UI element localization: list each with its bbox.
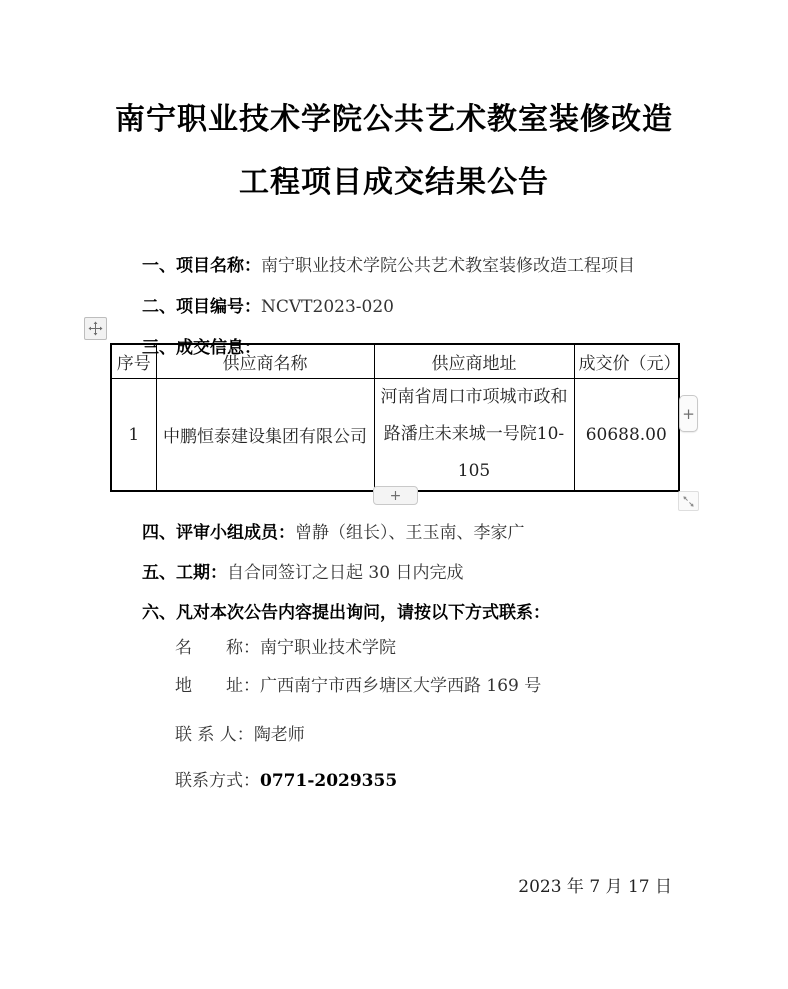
contact-person-line: 联 系 人：陶老师: [175, 723, 305, 747]
header-序号: 序号: [111, 344, 156, 379]
header-供应商名称: 供应商名称: [156, 344, 374, 379]
header-供应商地址: 供应商地址: [374, 344, 574, 379]
contact-name-value: 南宁职业技术学院: [260, 638, 396, 658]
contact-phone-label: 联系方式：: [175, 771, 260, 791]
project-number-value: NCVT2023-020: [261, 297, 394, 317]
contact-phone-value: 0771-2029355: [260, 771, 397, 791]
add-column-button[interactable]: +: [679, 395, 698, 432]
section-project-number: 二、项目编号：NCVT2023-020: [142, 295, 394, 319]
project-name-value: 南宁职业技术学院公共艺术教室装修改造工程项目: [261, 256, 635, 276]
contact-name-label: 名 称：: [175, 638, 260, 658]
resize-diagonal-icon: [682, 495, 695, 508]
header-成交价: 成交价（元）: [574, 344, 679, 379]
duration-label: 五、工期：: [142, 563, 227, 583]
document-page: 南宁职业技术学院公共艺术教室装修改造 工程项目成交结果公告 一、项目名称：南宁职…: [0, 0, 788, 989]
section-duration: 五、工期：自合同签订之日起 30 日内完成: [142, 561, 463, 585]
table-header-row: 序号 供应商名称 供应商地址 成交价（元）: [111, 344, 679, 379]
contact-address-line: 地 址：广西南宁市西乡塘区大学西路 169 号: [175, 674, 541, 698]
contact-name-line: 名 称：南宁职业技术学院: [175, 636, 396, 660]
project-number-label: 二、项目编号：: [142, 297, 261, 317]
table-resize-handle[interactable]: [678, 491, 699, 511]
contact-address-label: 地 址：: [175, 676, 260, 696]
section-inquiry: 六、凡对本次公告内容提出询问，请按以下方式联系：: [142, 601, 550, 625]
contact-person-value: 陶老师: [254, 725, 305, 745]
plus-icon: +: [390, 488, 402, 504]
review-panel-value: 曾静（组长）、王玉南、李家广: [295, 523, 525, 543]
cell-deal-price: 60688.00: [574, 379, 679, 492]
move-arrows-icon: [88, 321, 103, 336]
review-panel-label: 四、评审小组成员：: [142, 523, 295, 543]
section-project-name: 一、项目名称：南宁职业技术学院公共艺术教室装修改造工程项目: [142, 254, 635, 278]
inquiry-label: 六、凡对本次公告内容提出询问，请按以下方式联系：: [142, 603, 550, 623]
contact-address-value: 广西南宁市西乡塘区大学西路 169 号: [260, 676, 541, 696]
contact-phone-line: 联系方式：0771-2029355: [175, 769, 397, 793]
table-move-handle[interactable]: [84, 317, 107, 340]
cell-supplier-address: 河南省周口市项城市政和路潘庄未来城一号院10-105: [374, 379, 574, 492]
add-row-button[interactable]: +: [373, 486, 418, 505]
section-review-panel: 四、评审小组成员：曾静（组长）、王玉南、李家广: [142, 521, 525, 545]
document-title: 南宁职业技术学院公共艺术教室装修改造 工程项目成交结果公告: [0, 88, 788, 214]
plus-icon: +: [682, 405, 695, 423]
duration-value: 自合同签订之日起 30 日内完成: [227, 563, 463, 583]
document-title-line2: 工程项目成交结果公告: [0, 151, 788, 214]
cell-supplier-name: 中鹏恒泰建设集团有限公司: [156, 379, 374, 492]
document-title-line1: 南宁职业技术学院公共艺术教室装修改造: [0, 88, 788, 151]
document-date: 2023 年 7 月 17 日: [518, 872, 672, 897]
deal-table: 序号 供应商名称 供应商地址 成交价（元） 1 中鹏恒泰建设集团有限公司 河南省…: [110, 343, 680, 492]
cell-serial: 1: [111, 379, 156, 492]
table-row: 1 中鹏恒泰建设集团有限公司 河南省周口市项城市政和路潘庄未来城一号院10-10…: [111, 379, 679, 492]
contact-person-label: 联 系 人：: [175, 725, 254, 745]
project-name-label: 一、项目名称：: [142, 256, 261, 276]
